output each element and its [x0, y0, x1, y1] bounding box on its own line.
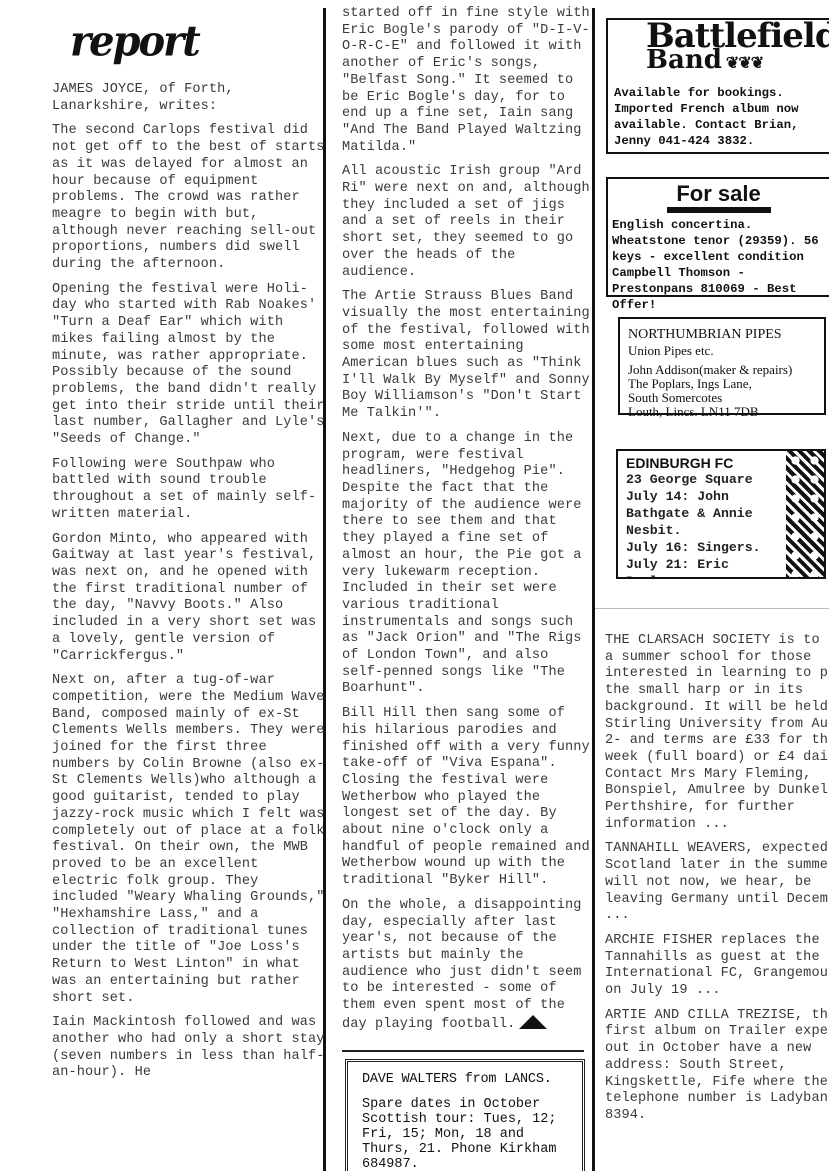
- ad-battlefield-body: Available for bookings. Imported French …: [614, 85, 823, 149]
- ad-edinburgh-fc: EDINBURGH FC 23 George Square July 14: J…: [616, 449, 826, 579]
- battlefield-band-logo: Battlefield Band❦❦❦: [614, 24, 823, 75]
- ad-battlefield-band: Battlefield Band❦❦❦ Available for bookin…: [606, 18, 829, 154]
- celtic-pattern-ornament-icon: [786, 451, 824, 579]
- ad-pipes-title: NORTHUMBRIAN PIPES: [628, 327, 816, 343]
- ad-northumbrian-pipes: NORTHUMBRIAN PIPES Union Pipes etc. John…: [618, 317, 826, 415]
- news-item: ARCHIE FISHER replaces the Tannahills as…: [605, 933, 829, 1000]
- article-paragraph: The second Carlops festival did not get …: [52, 123, 327, 273]
- article-paragraph: The Artie Strauss Blues Band visually th…: [342, 289, 596, 423]
- article-final-text: On the whole, a disappointing day, espec…: [342, 898, 581, 1032]
- article-paragraph: Iain Mackintosh followed and was another…: [52, 1015, 327, 1082]
- article-paragraph: Next on, after a tug-of-war competition,…: [52, 673, 327, 1007]
- ad-pipes-address-line: South Somercotes: [628, 391, 816, 405]
- ad-dave-walters-body: Spare dates in October Scottish tour: Tu…: [362, 1097, 568, 1171]
- ad-pipes-address-line: Louth, Lincs. LN11 7DB: [628, 405, 816, 419]
- article-byline: JAMES JOYCE, of Forth, Lanarkshire, writ…: [52, 82, 327, 115]
- article-paragraph: Bill Hill then sang some of his hilariou…: [342, 706, 596, 890]
- article-paragraph: Following were Southpaw who battled with…: [52, 457, 327, 524]
- article-end-rule: [342, 1050, 584, 1052]
- news-items: THE CLARSACH SOCIETY is to run a summer …: [605, 633, 829, 1133]
- article-paragraph-final: On the whole, a disappointing day, espec…: [342, 898, 596, 1034]
- news-divider: [595, 608, 829, 609]
- article-paragraph: Next, due to a change in the program, we…: [342, 431, 596, 698]
- title-underline-bar: [667, 207, 771, 213]
- article-body-part-2: started off in fine style with Eric Bogl…: [342, 6, 596, 1041]
- ad-pipes-address-line: The Poplars, Ings Lane,: [628, 377, 816, 391]
- news-item: TANNAHILL WEAVERS, expected in Scotland …: [605, 841, 829, 925]
- ad-dave-walters: DAVE WALTERS from LANCS. Spare dates in …: [345, 1059, 585, 1171]
- ad-pipes-address-line: John Addison(maker & repairs): [628, 363, 816, 377]
- ad-edinburgh-line: July 21: Eric Bogle: [626, 556, 776, 579]
- article-body-part-1: JAMES JOYCE, of Forth, Lanarkshire, writ…: [52, 82, 327, 1090]
- ad-edinburgh-line: 23 George Square: [626, 471, 776, 488]
- masthead-title: report: [70, 17, 199, 66]
- article-paragraph: All acoustic Irish group "Ard Ri" were n…: [342, 164, 596, 281]
- news-item: ARTIE AND CILLA TREZISE, their first alb…: [605, 1008, 829, 1125]
- ad-for-sale-title: For sale: [612, 181, 825, 207]
- leaf-ornament-icon: ❦❦❦: [726, 53, 763, 72]
- article-paragraph: Opening the festival were Holi-day who s…: [52, 282, 327, 449]
- ad-for-sale-body: English concertina. Wheatstone tenor (29…: [612, 217, 825, 313]
- ad-edinburgh-line: July 16: Singers.: [626, 539, 776, 556]
- battlefield-logo-line2: Band: [646, 45, 722, 75]
- article-paragraph: Gordon Minto, who appeared with Gaitway …: [52, 532, 327, 666]
- ad-for-sale: For sale English concertina. Wheatstone …: [606, 177, 829, 297]
- ad-dave-walters-heading: DAVE WALTERS from LANCS.: [362, 1072, 568, 1087]
- news-item: THE CLARSACH SOCIETY is to run a summer …: [605, 633, 829, 833]
- end-mark-triangle-icon: [519, 1015, 547, 1029]
- ad-edinburgh-line: July 14: John Bathgate & Annie Nesbit.: [626, 488, 776, 539]
- article-paragraph: started off in fine style with Eric Bogl…: [342, 6, 596, 156]
- ad-pipes-subtitle: Union Pipes etc.: [628, 343, 816, 358]
